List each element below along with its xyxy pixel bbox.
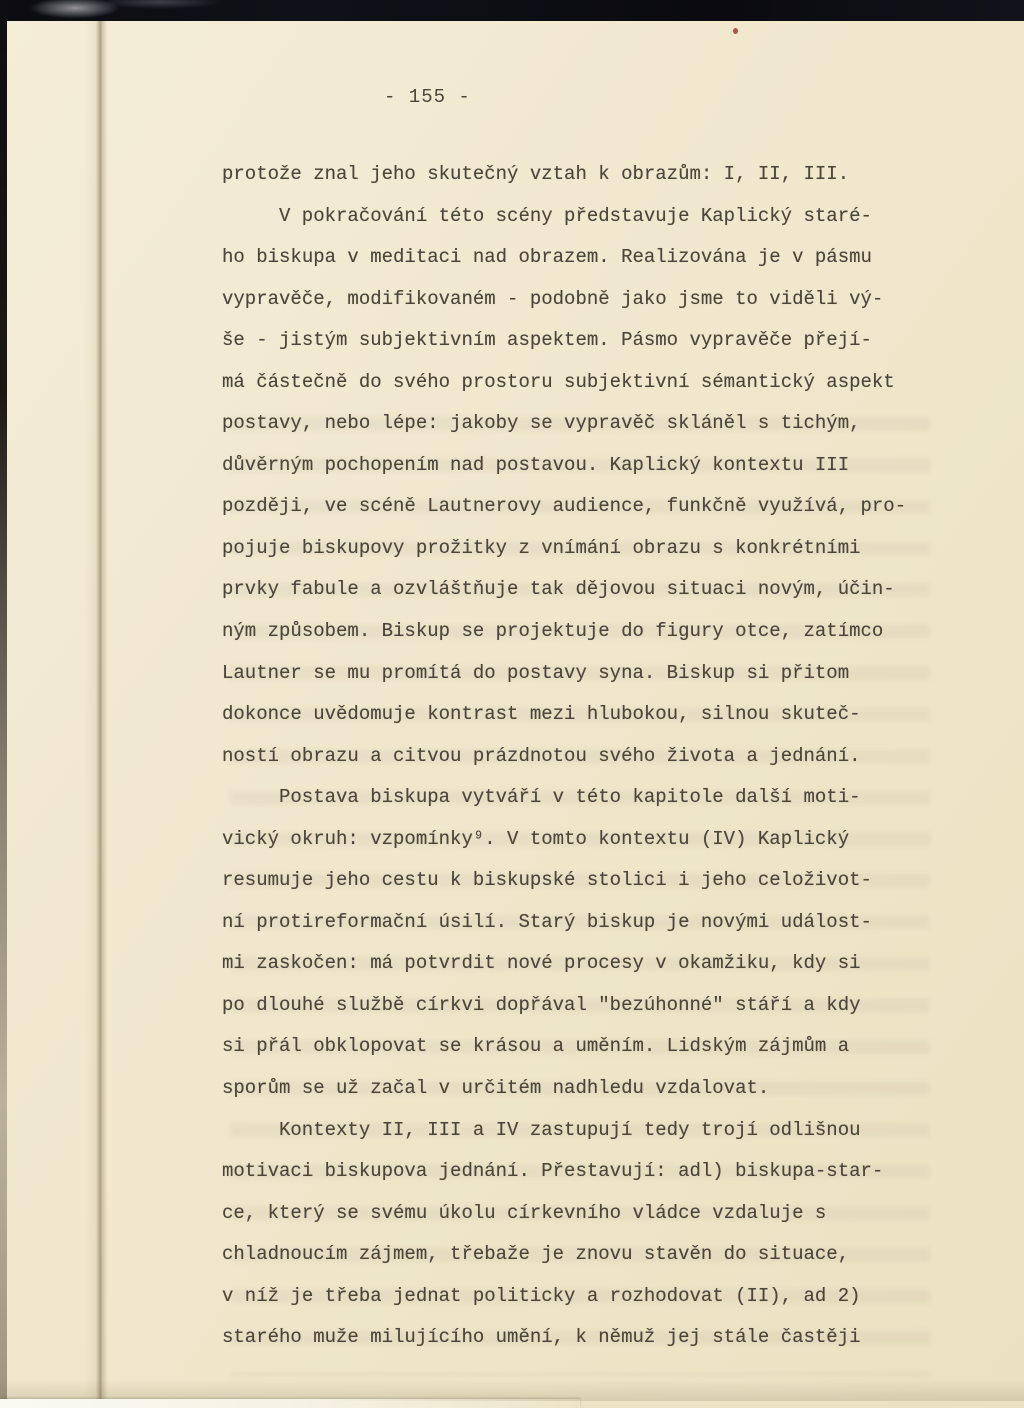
page-bottom-shadow [0,1379,1024,1401]
text-line: postavy, nebo lépe: jakoby se vypravěč s… [222,403,942,445]
text-line: Postava biskupa vytváří v této kapitole … [222,777,942,819]
text-line: starého muže milujícího umění, k němuž j… [222,1317,942,1359]
text-line: Lautner se mu promítá do postavy syna. B… [222,653,942,695]
text-line: prvky fabule a ozvláštňuje tak dějovou s… [222,569,942,611]
page-number: - 155 - [384,86,471,108]
text-line: pojuje biskupovy prožitky z vnímání obra… [222,528,942,570]
text-line: resumuje jeho cestu k biskupské stolici … [222,860,942,902]
text-line: vický okruh: vzpomínky⁹. V tomto kontext… [222,819,942,861]
body-text: protože znal jeho skutečný vztah k obraz… [222,154,942,1359]
page-bottom-edge-highlight [0,1399,580,1408]
book-left-edge [0,0,7,1408]
text-line: ným způsobem. Biskup se projektuje do fi… [222,611,942,653]
text-line: sporům se už začal v určitém nadhledu vz… [222,1068,942,1110]
text-line: po dlouhé službě církvi dopřával "bezúho… [222,985,942,1027]
text-line: dokonce uvědomuje kontrast mezi hlubokou… [222,694,942,736]
text-line: později, ve scéně Lautnerovy audience, f… [222,486,942,528]
text-line: Kontexty II, III a IV zastupují tedy tro… [222,1110,942,1152]
text-line: si přál obklopovat se krásou a uměním. L… [222,1026,942,1068]
text-line: V pokračování této scény představuje Kap… [222,196,942,238]
text-line: vypravěče, modifikovaném - podobně jako … [222,279,942,321]
page-fold-crease [84,20,118,1408]
text-line: ho biskupa v meditaci nad obrazem. Reali… [222,237,942,279]
text-line: důvěrným pochopením nad postavou. Kaplic… [222,445,942,487]
text-line: chladnoucím zájmem, třebaže je znovu sta… [222,1234,942,1276]
text-line: ce, který se svému úkolu církevního vlád… [222,1193,942,1235]
text-line: protože znal jeho skutečný vztah k obraz… [222,154,942,196]
book-top-edge [0,0,1024,21]
text-line: ní protireformační úsilí. Starý biskup j… [222,902,942,944]
text-line: má částečně do svého prostoru subjektivn… [222,362,942,404]
text-line: v níž je třeba jednat politicky a rozhod… [222,1276,942,1318]
red-ink-speck [733,28,738,34]
scanned-page: - 155 - protože znal jeho skutečný vztah… [0,0,1024,1408]
text-line: motivaci biskupova jednání. Přestavují: … [222,1151,942,1193]
text-line: še - jistým subjektivním aspektem. Pásmo… [222,320,942,362]
text-line: ností obrazu a citvou prázdnotou svého ž… [222,736,942,778]
text-line: mi zaskočen: má potvrdit nové procesy v … [222,943,942,985]
